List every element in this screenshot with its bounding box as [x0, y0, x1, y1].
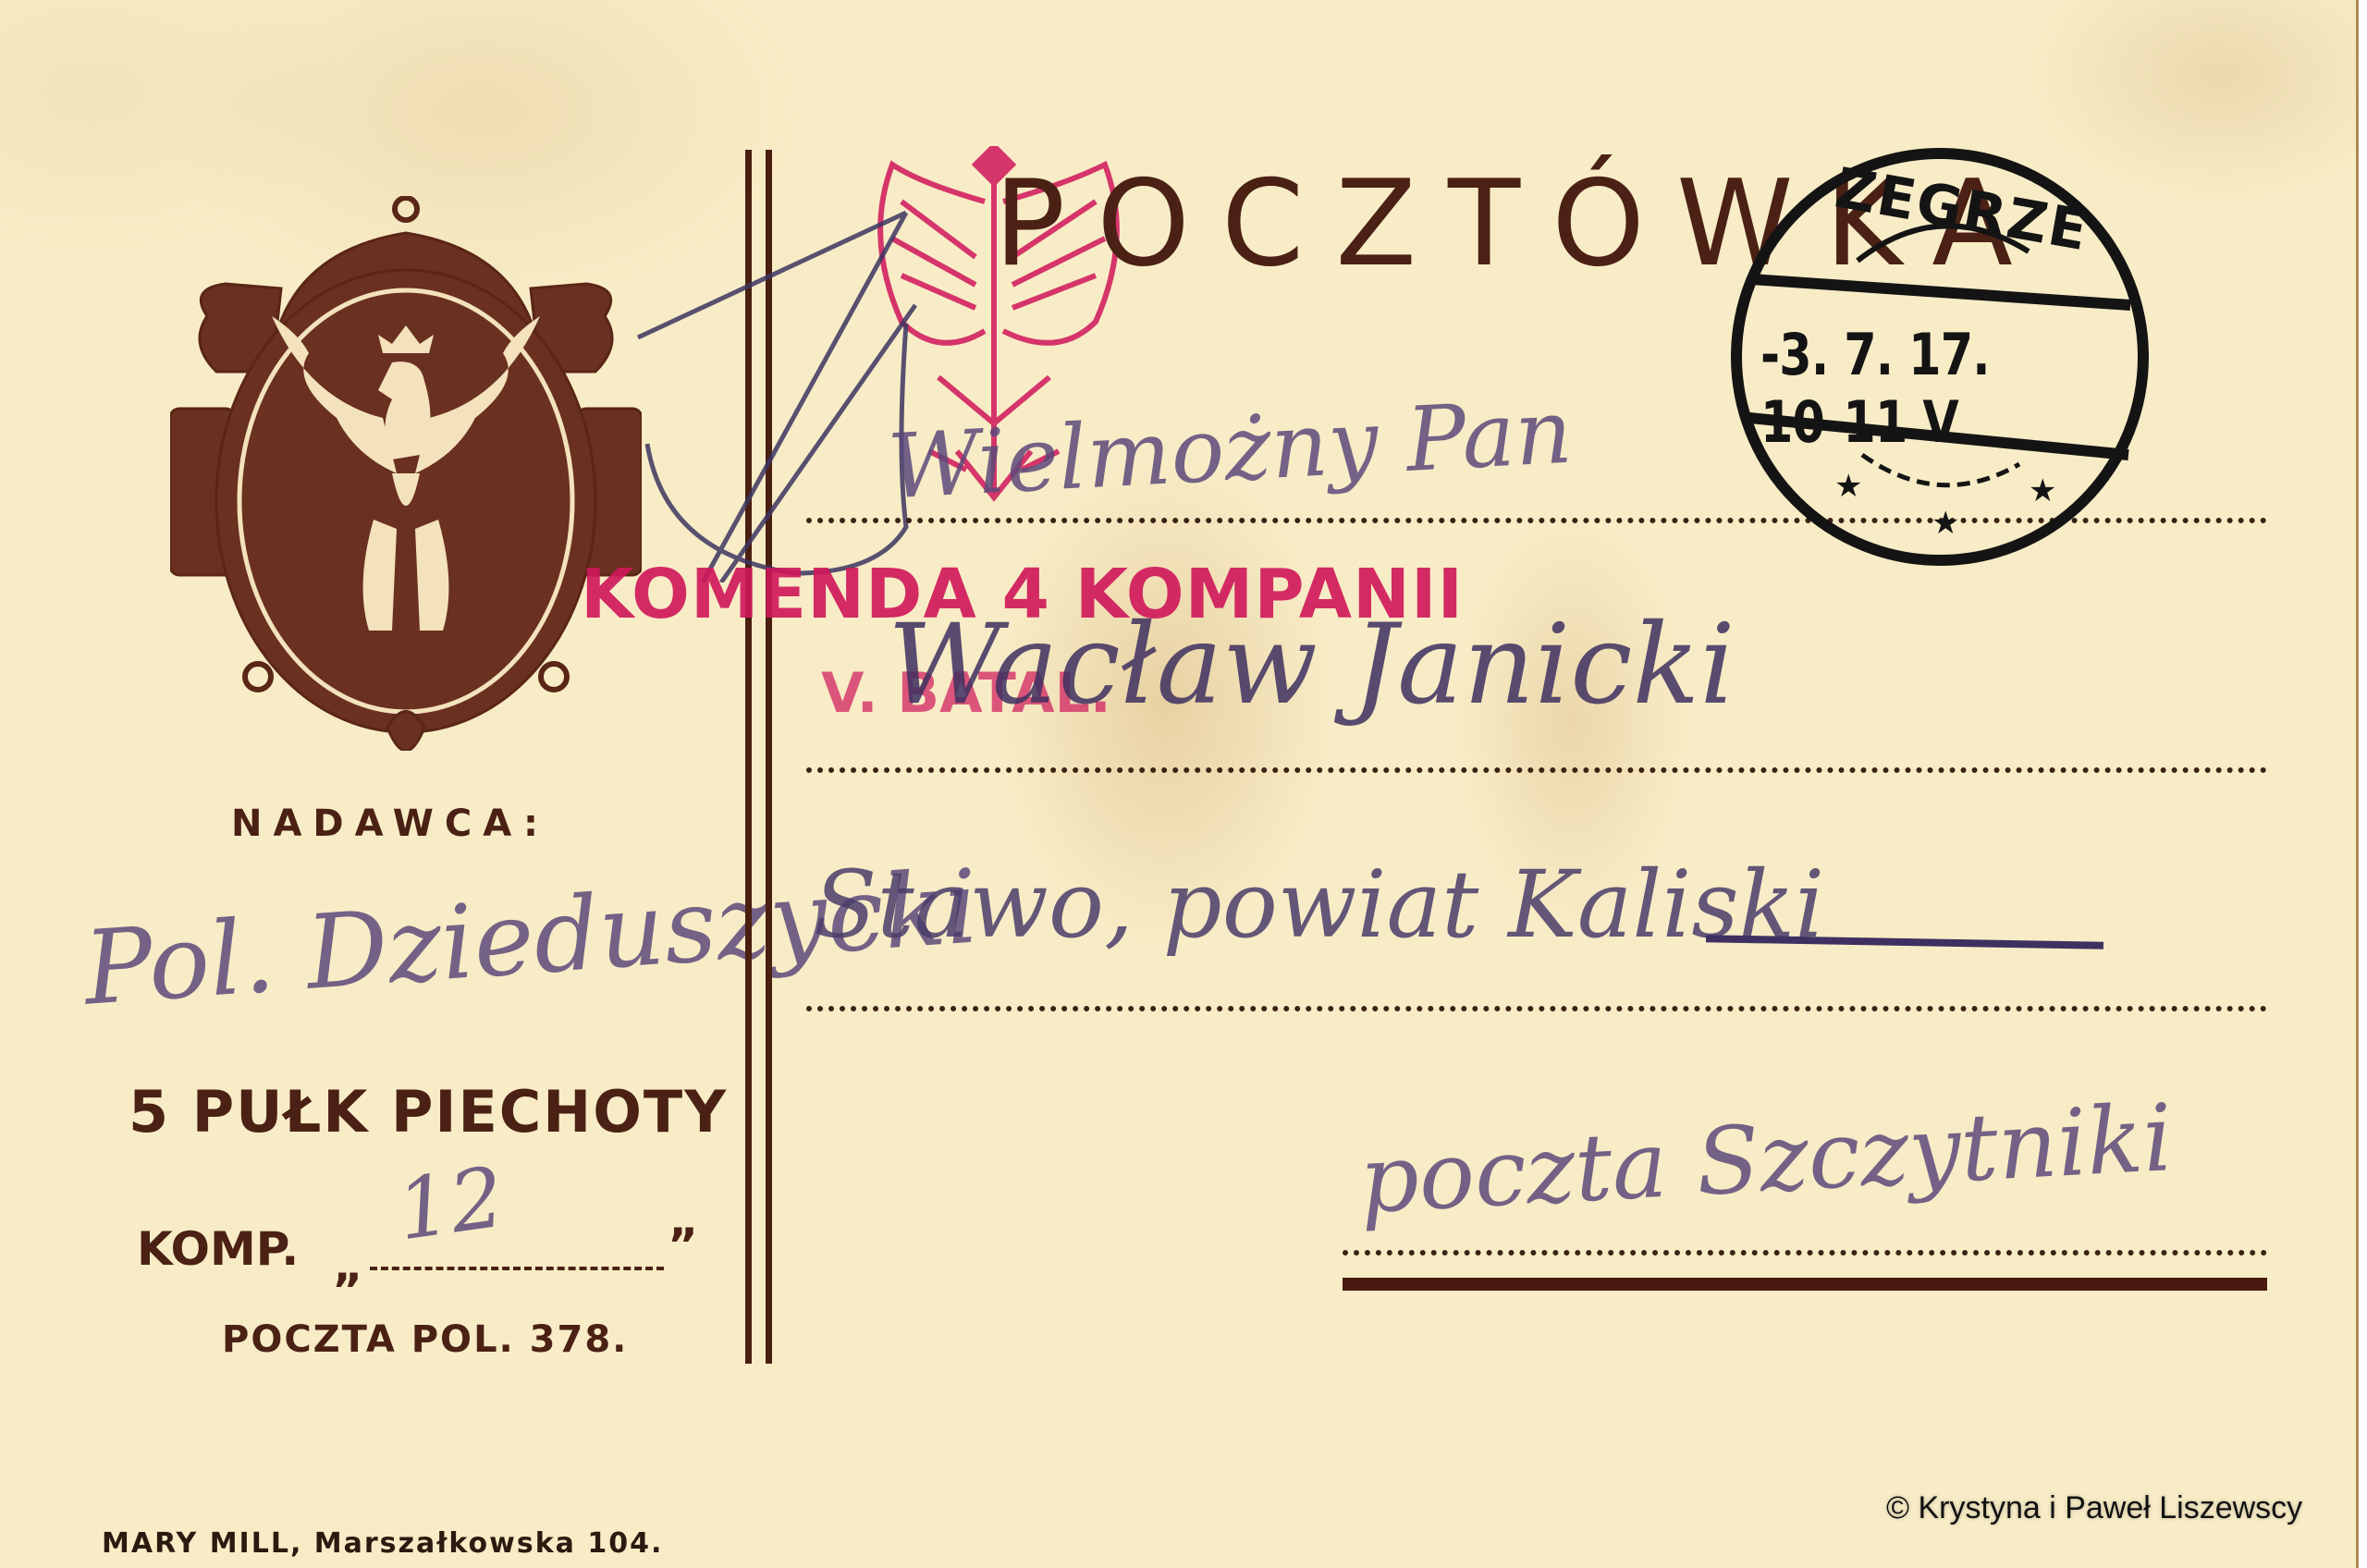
address-post-office: poczta Szczytniki	[1357, 1084, 2176, 1234]
copyright-notice: © Krystyna i Paweł Liszewscy	[1886, 1490, 2302, 1526]
address-line-2	[806, 767, 2267, 773]
regiment-name: 5 PUŁK PIECHOTY	[129, 1078, 728, 1145]
postmark: ★ ★ ★ ZEGRZE -3. 7. 17. 10-11 V	[1723, 141, 2156, 573]
svg-text:★: ★	[2029, 472, 2056, 509]
svg-text:★: ★	[1932, 505, 1959, 542]
printer-imprint: MARY MILL, Marszałkowska 104.	[102, 1527, 663, 1560]
company-close-quote: ”	[668, 1219, 698, 1272]
company-handwritten: 12	[391, 1149, 509, 1260]
address-line-3	[806, 1006, 2267, 1011]
postcard: NADAWCA: Pol. Dzieduszycki 5 PUŁK PIECHO…	[0, 0, 2359, 1568]
address-village-county: Stawo, powiat Kaliski	[814, 851, 1824, 959]
company-open-quote: „	[333, 1239, 363, 1292]
postmark-date: -3. 7. 17. 10-11 V	[1760, 321, 2085, 456]
company-field-line	[370, 1267, 664, 1270]
address-recipient: Wacław Janicki	[888, 601, 1735, 729]
company-label: KOMP.	[137, 1222, 299, 1276]
address-line-4	[1343, 1250, 2267, 1256]
svg-text:★: ★	[1834, 468, 1862, 505]
sender-label: NADAWCA:	[231, 802, 549, 845]
field-post-number: POCZTA POL. 378.	[222, 1318, 628, 1361]
address-underline-bar	[1343, 1278, 2267, 1291]
